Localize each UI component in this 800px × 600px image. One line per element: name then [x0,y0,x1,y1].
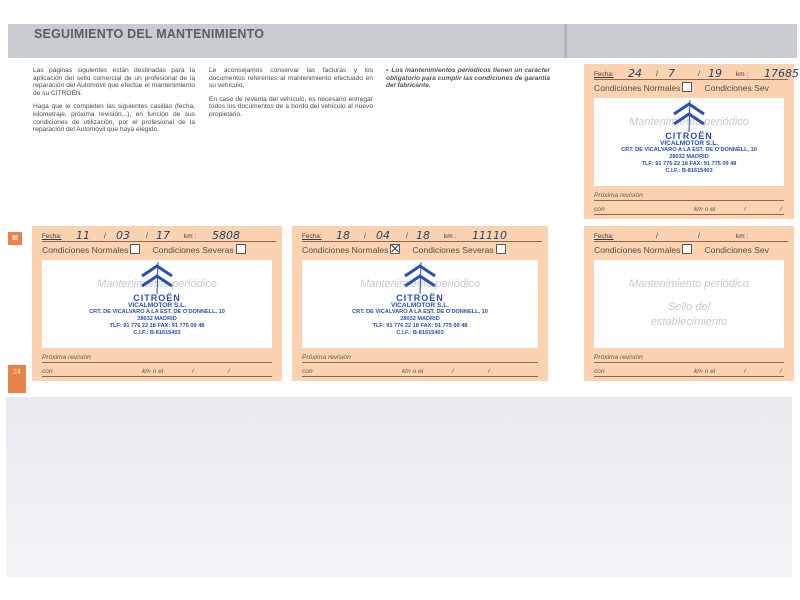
km-o-el-label: km o el [694,368,715,375]
severe-conditions-label: Condiciones Sev [704,83,769,93]
con-label: con [302,368,313,375]
con-label: con [594,368,605,375]
severe-conditions-checkbox[interactable] [236,244,246,254]
stamp-brand: CITROËN [345,295,495,302]
km-value: 17685 [764,67,799,80]
citroen-chevrons-icon [670,100,708,132]
date-km-row: Fecha: 24 / 7 / 19 km : 17685 [594,67,788,80]
date-separator: / [406,233,408,240]
date-year: 19 [708,67,722,80]
date-km-row: Fecha: 18 / 04 / 18 km : 11110 [302,229,542,242]
date-separator: / [744,368,746,375]
stamp-box: Mantenimiento periódico CITROËN VICALMOT… [594,98,784,186]
stamp-cif: C.I.F.: B-81615403 [614,168,764,175]
date-separator: / [656,71,658,78]
dealer-stamp: CITROËN VICALMOTOR S.L. CRT. DE VICALVAR… [82,262,232,337]
date-separator: / [228,368,230,375]
severe-conditions-label: Condiciones Severas [152,245,233,255]
normal-conditions-label: Condiciones Normales [42,245,128,255]
con-label: con [42,368,53,375]
km-label: km : [736,233,748,240]
stamp-city: 28032 MADRID [82,316,232,323]
dealer-stamp: CITROËN VICALMOTOR S.L. CRT. DE VICALVAR… [614,100,764,175]
scan-background [6,397,792,577]
citroen-chevrons-icon [401,262,439,294]
date-separator: / [364,233,366,240]
next-service-row: Próxima revisión [302,352,538,363]
date-separator: / [780,206,782,213]
bullet-icon: • [386,67,388,74]
next-service-km-row: con km o el / / [594,366,784,377]
date-separator: / [146,233,148,240]
normal-conditions-checkbox[interactable] [130,244,140,254]
date-separator: / [488,368,490,375]
next-service-label: Próxima revisión [594,354,647,361]
km-value: 11110 [472,229,507,242]
page-title: SEGUIMIENTO DEL MANTENIMIENTO [34,27,264,41]
km-value: 5808 [212,229,240,242]
next-service-label: Próxima revisión [302,354,355,361]
intro-paragraph: Haga que le completen las siguientes cas… [33,103,195,133]
date-separator: / [452,368,454,375]
date-month: 03 [116,229,130,242]
intro-paragraph: Las páginas siguientes están destinadas … [33,67,195,97]
normal-conditions-checkbox[interactable] [682,244,692,254]
date-month: 04 [376,229,390,242]
maintenance-card-3: Fecha: / / km : Condiciones NormalesCond… [584,226,794,381]
stamp-address: CRT. DE VICALVARO A LA EST. DE O'DONNELL… [82,309,232,316]
date-km-row: Fecha: 11 / 03 / 17 km : 5808 [42,229,276,242]
conditions-row: Condiciones NormalesCondiciones Severas [302,244,544,256]
stamp-address: CRT. DE VICALVARO A LA EST. DE O'DONNELL… [614,147,764,154]
conditions-row: Condiciones NormalesCondiciones Sev [594,244,790,256]
fecha-label: Fecha: [302,233,322,240]
date-day: 11 [76,229,90,242]
section-tab: III [8,232,22,245]
date-day: 24 [628,67,642,80]
dealer-stamp: CITROËN VICALMOTOR S.L. CRT. DE VICALVAR… [345,262,495,337]
next-service-km-row: con km o el / / [42,366,272,377]
severe-conditions-checkbox[interactable] [496,244,506,254]
warranty-notice: Los mantenimientos periódicos tienen un … [386,67,550,89]
maintenance-card-4: Fecha: 24 / 7 / 19 km : 17685 Condicione… [584,64,794,219]
date-separator: / [780,368,782,375]
km-label: km : [444,233,456,240]
next-service-row: Próxima revisión [42,352,272,363]
fecha-label: Fecha: [594,71,614,78]
stamp-address: CRT. DE VICALVARO A LA EST. DE O'DONNELL… [345,309,495,316]
stamp-cif: C.I.F.: B-81615403 [345,330,495,337]
km-o-el-label: km o el [402,368,423,375]
stamp-dealer: VICALMOTOR S.L. [82,302,232,309]
citroen-chevrons-icon [138,262,176,294]
next-service-label: Próxima revisión [594,192,647,199]
con-label: con [594,206,605,213]
date-separator: / [192,368,194,375]
stamp-box: Mantenimiento periódico CITROËN VICALMOT… [302,260,538,348]
km-o-el-label: km o el [694,206,715,213]
intro-paragraph: Le aconsejamos conservar las facturas y … [209,67,373,90]
conditions-row: Condiciones NormalesCondiciones Sev [594,82,790,94]
next-service-km-row: con km o el / / [594,204,784,215]
intro-paragraph: En caso de reventa del vehículo, es nece… [209,96,373,119]
normal-conditions-checkbox[interactable] [390,244,400,254]
stamp-brand: CITROËN [614,133,764,140]
date-km-row: Fecha: / / km : [594,229,788,242]
km-label: km : [184,233,196,240]
intro-column-3-notice: •Los mantenimientos periódicos tienen un… [386,67,550,90]
normal-conditions-label: Condiciones Normales [302,245,388,255]
date-separator: / [744,206,746,213]
severe-conditions-label: Condiciones Sev [704,245,769,255]
next-service-row: Próxima revisión [594,352,784,363]
stamp-phone: TLF: 91 776 22 18 FAX: 91 775 09 48 [614,161,764,168]
date-separator: / [698,71,700,78]
stamp-cif: C.I.F.: B-81615403 [82,330,232,337]
severe-conditions-label: Condiciones Severas [412,245,493,255]
normal-conditions-label: Condiciones Normales [594,245,680,255]
normal-conditions-checkbox[interactable] [682,82,692,92]
next-service-row: Próxima revisión [594,190,784,201]
date-day: 18 [336,229,350,242]
date-separator: / [656,233,658,240]
stamp-dealer: VICALMOTOR S.L. [345,302,495,309]
km-label: km : [736,71,748,78]
date-year: 18 [416,229,430,242]
normal-conditions-label: Condiciones Normales [594,83,680,93]
stamp-phone: TLF: 91 776 22 18 FAX: 91 775 09 48 [345,323,495,330]
stamp-box: Mantenimiento periódico Sello delestable… [594,260,784,348]
header-band-right-page [564,24,797,58]
stamp-brand: CITROËN [82,295,232,302]
page-number: 24 [8,365,26,393]
stamp-city: 28032 MADRID [614,154,764,161]
intro-column-2: Le aconsejamos conservar las facturas y … [209,67,373,125]
next-service-label: Próxima revisión [42,354,95,361]
next-service-km-row: con km o el / / [302,366,538,377]
km-o-el-label: km o el [142,368,163,375]
stamp-phone: TLF: 91 776 22 18 FAX: 91 775 09 48 [82,323,232,330]
conditions-row: Condiciones NormalesCondiciones Severas [42,244,278,256]
stamp-box: Mantenimiento periódico CITROËN VICALMOT… [42,260,272,348]
stamp-city: 28032 MADRID [345,316,495,323]
maintenance-card-1: Fecha: 11 / 03 / 17 km : 5808 Condicione… [32,226,282,381]
intro-column-1: Las páginas siguientes están destinadas … [33,67,195,140]
stamp-placeholder-title: Mantenimiento periódico [594,278,784,290]
fecha-label: Fecha: [594,233,614,240]
stamp-dealer: VICALMOTOR S.L. [614,140,764,147]
fecha-label: Fecha: [42,233,62,240]
stamp-placeholder-sello: Sello delestablecimiento [594,300,784,330]
maintenance-card-2: Fecha: 18 / 04 / 18 km : 11110 Condicion… [292,226,548,381]
date-separator: / [698,233,700,240]
date-separator: / [104,233,106,240]
date-month: 7 [668,67,675,80]
date-year: 17 [156,229,170,242]
